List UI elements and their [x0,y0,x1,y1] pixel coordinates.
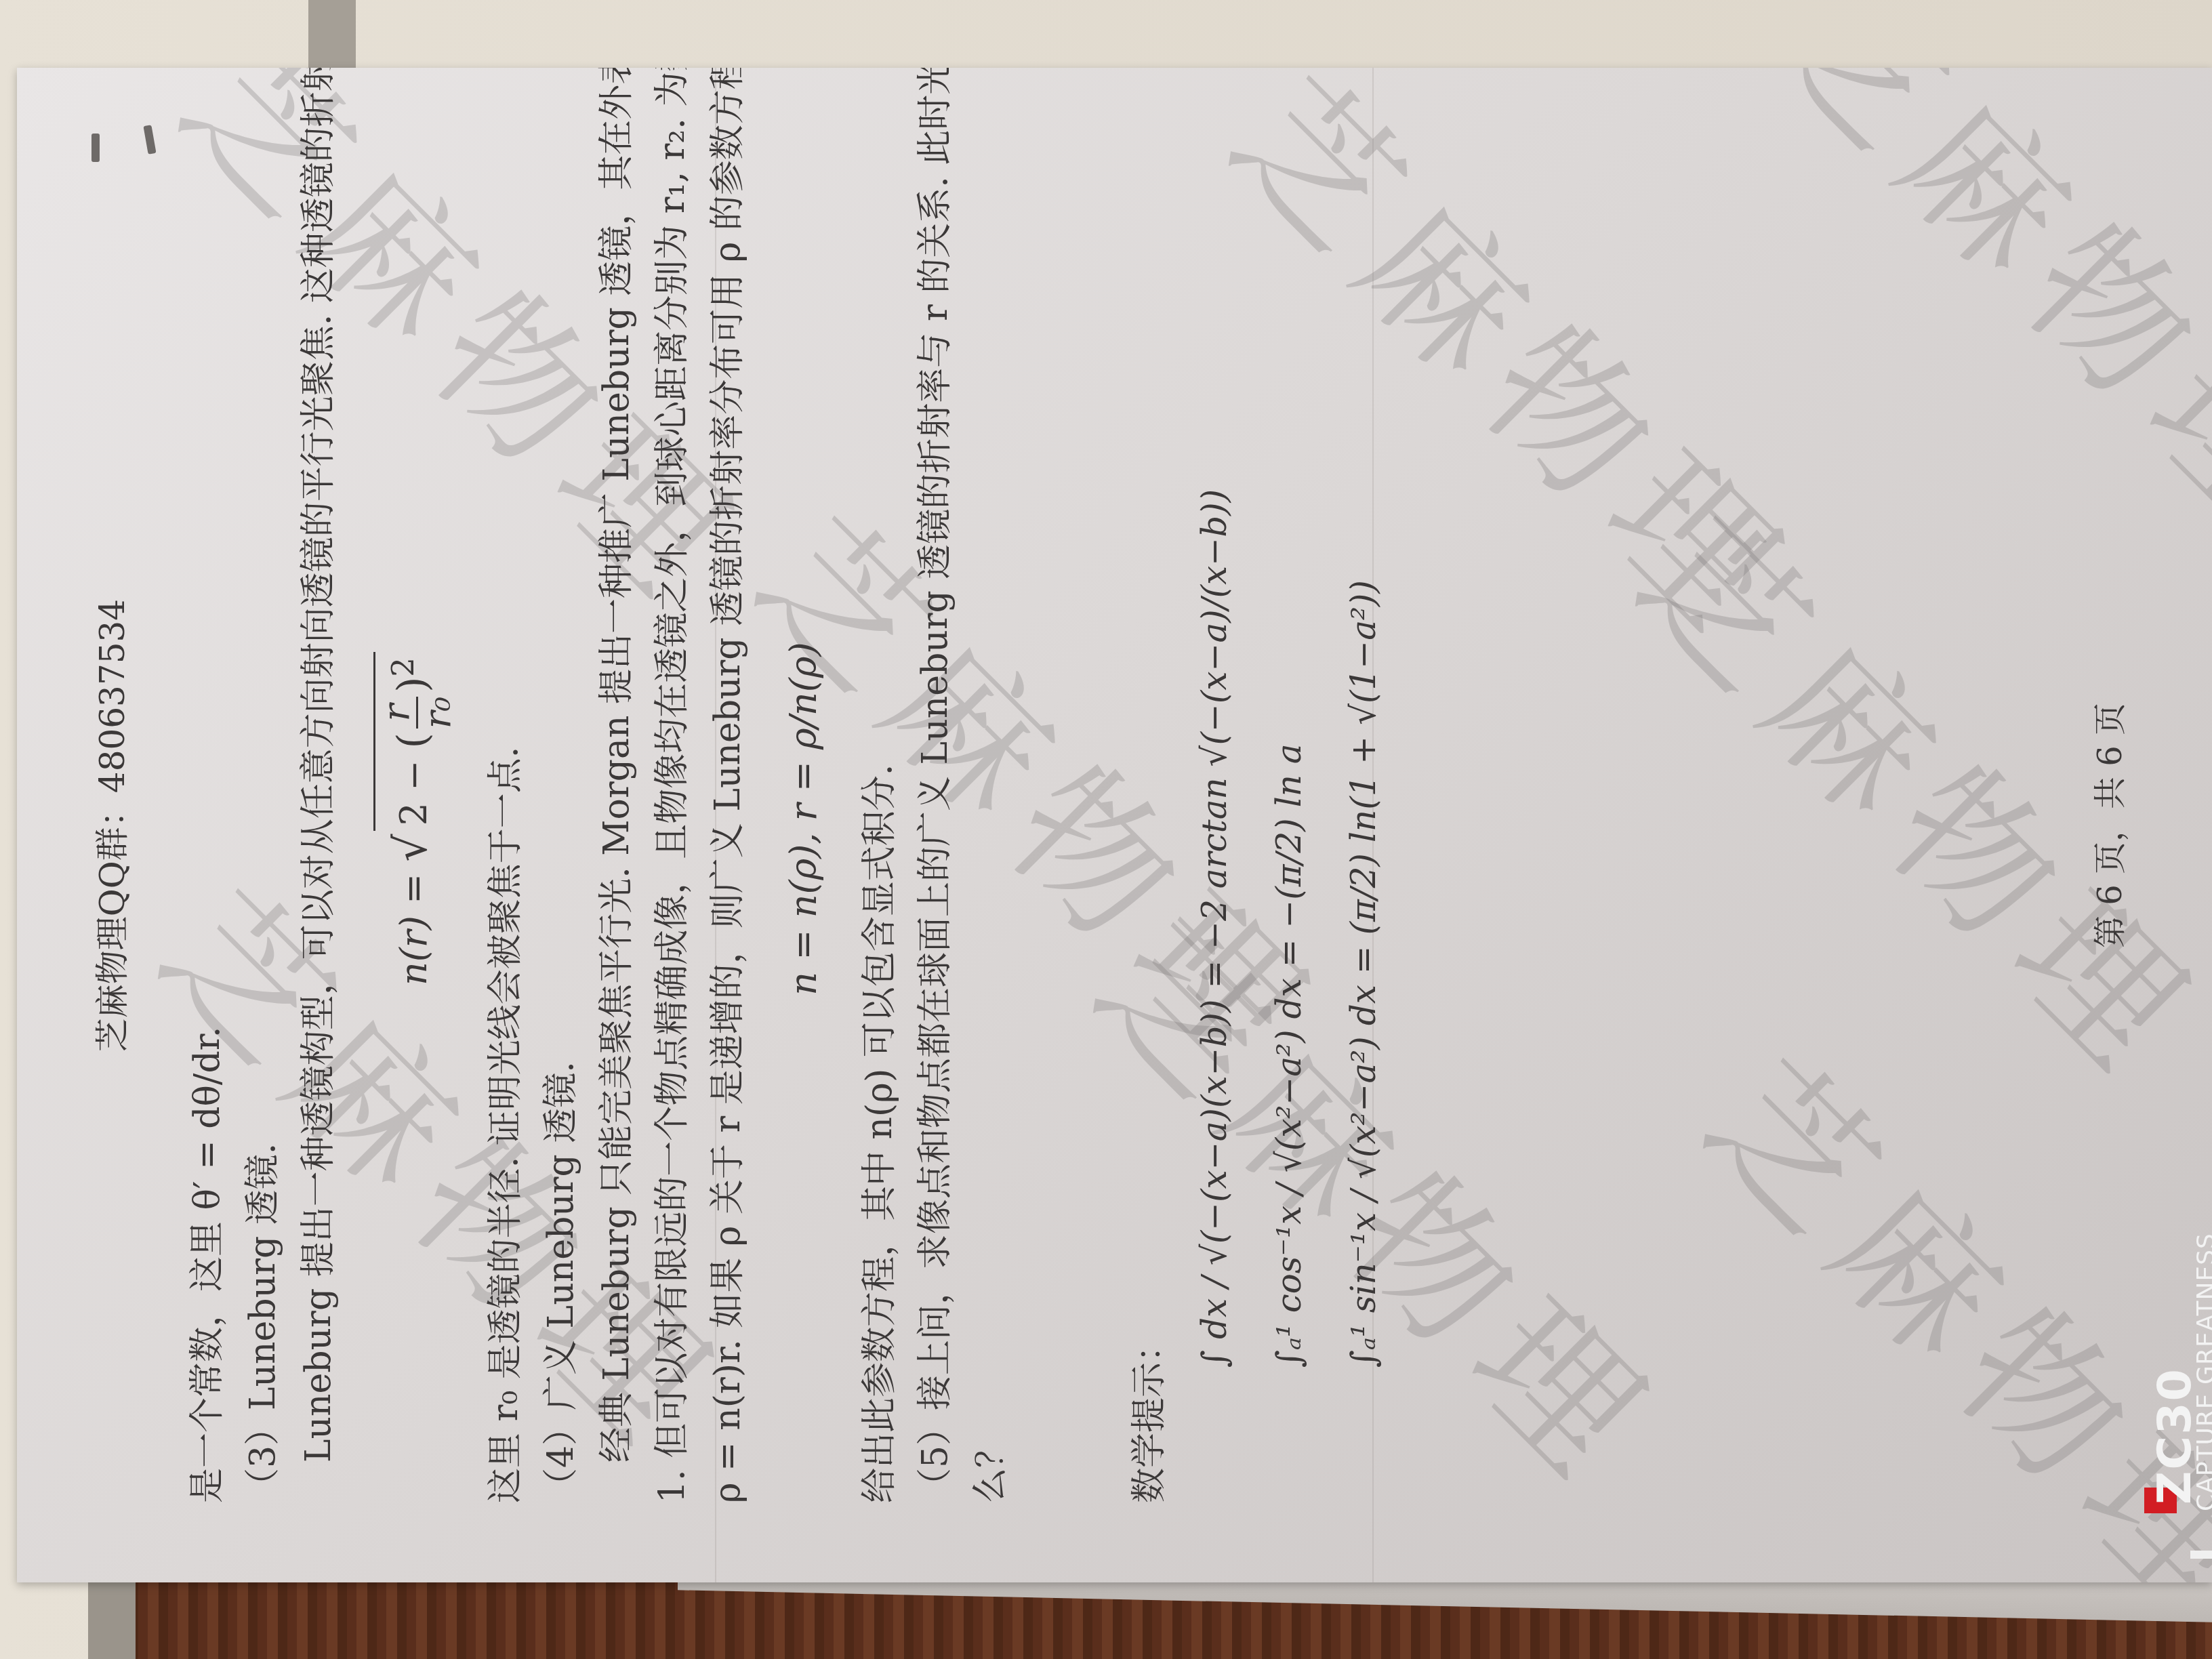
question-5-text-1: （5）接上问，求像点和物点都在球面上的广义 Luneburg 透镜的折射率与 r… [907,134,962,1503]
question-4-after: 给出此参数方程，其中 n(ρ) 可以包含显式积分. [851,134,907,1503]
question-3-text: Luneburg 提出一种透镜构型，可以对从任意方向射向透镜的平行光聚焦. 这种… [291,134,346,1503]
hint-formula-2: ∫ₐ¹ cos⁻¹x / √(x²−a²) dx = −(π/2) ln a [1252,134,1326,1503]
hint-formula-3: ∫ₐ¹ sin⁻¹x / √(x²−a²) dx = (π/2) ln(1 + … [1326,134,1401,1503]
question-4-text-2: 1. 但可以对有限远的一个物点精确成像，且物像均在透镜之外，到球心距离分别为 r… [644,134,699,1503]
question-5-text-2: 么？ [962,134,1018,1503]
camera-slogan: CAPTURE GREATNESS [2192,1233,2212,1511]
fraction-numerator: r [376,696,417,728]
math-hints: 数学提示： ∫ dx / √(−(x−a)(x−b)) = −2 arctan … [1122,134,1401,1503]
question-4-text-1: 经典 Luneburg 只能完美聚焦平行光. Morgan 提出一种推广 Lun… [588,134,644,1503]
equation-exponent: 2 [385,657,421,677]
background-object [308,0,356,68]
exam-paper: 芝麻物理 芝麻物理 芝麻物理 芝麻物理 芝麻物理 芝麻物理 芝麻物理 芝麻物理 … [17,68,2212,1582]
equation-lhs: n(r) = [392,873,435,985]
page-content: 芝麻物理QQ群：480637534 是一个常数，这里 θ′ = dθ/dr. （… [64,107,2165,1544]
equation-parametric: n = n(ρ), r = ρ/n(ρ) [775,134,831,1503]
question-3-title: （3）Luneburg 透镜. [235,134,291,1503]
camera-logo-white-mark [2190,1533,2212,1559]
question-4-text-3: ρ = n(r)r. 如果 ρ 关于 r 是递增的，则广义 Luneburg 透… [699,134,755,1503]
fraction-denominator: r₀ [417,696,457,728]
camera-watermark: ZC30 CAPTURE GREATNESS [2067,1220,2203,1654]
question-4-title: （4）广义 Luneburg 透镜. [533,134,588,1503]
intro-line: 是一个常数，这里 θ′ = dθ/dr. [180,134,235,1503]
page-header: 芝麻物理QQ群：480637534 [85,107,140,1544]
problem-text: 是一个常数，这里 θ′ = dθ/dr. （3）Luneburg 透镜. Lun… [180,134,1019,1503]
question-3-after: 这里 r₀ 是透镜的半径. 证明光线会被聚焦于一点. [477,134,533,1503]
equation-radicand-prefix: 2 − [392,760,435,825]
equation-luneburg: n(r) = √ 2 − (rr₀)2 [373,134,457,1503]
math-hints-label: 数学提示： [1122,134,1177,1503]
desk-gap [88,1579,136,1659]
hint-formula-1: ∫ dx / √(−(x−a)(x−b)) = −2 arctan √(−(x−… [1177,134,1252,1503]
